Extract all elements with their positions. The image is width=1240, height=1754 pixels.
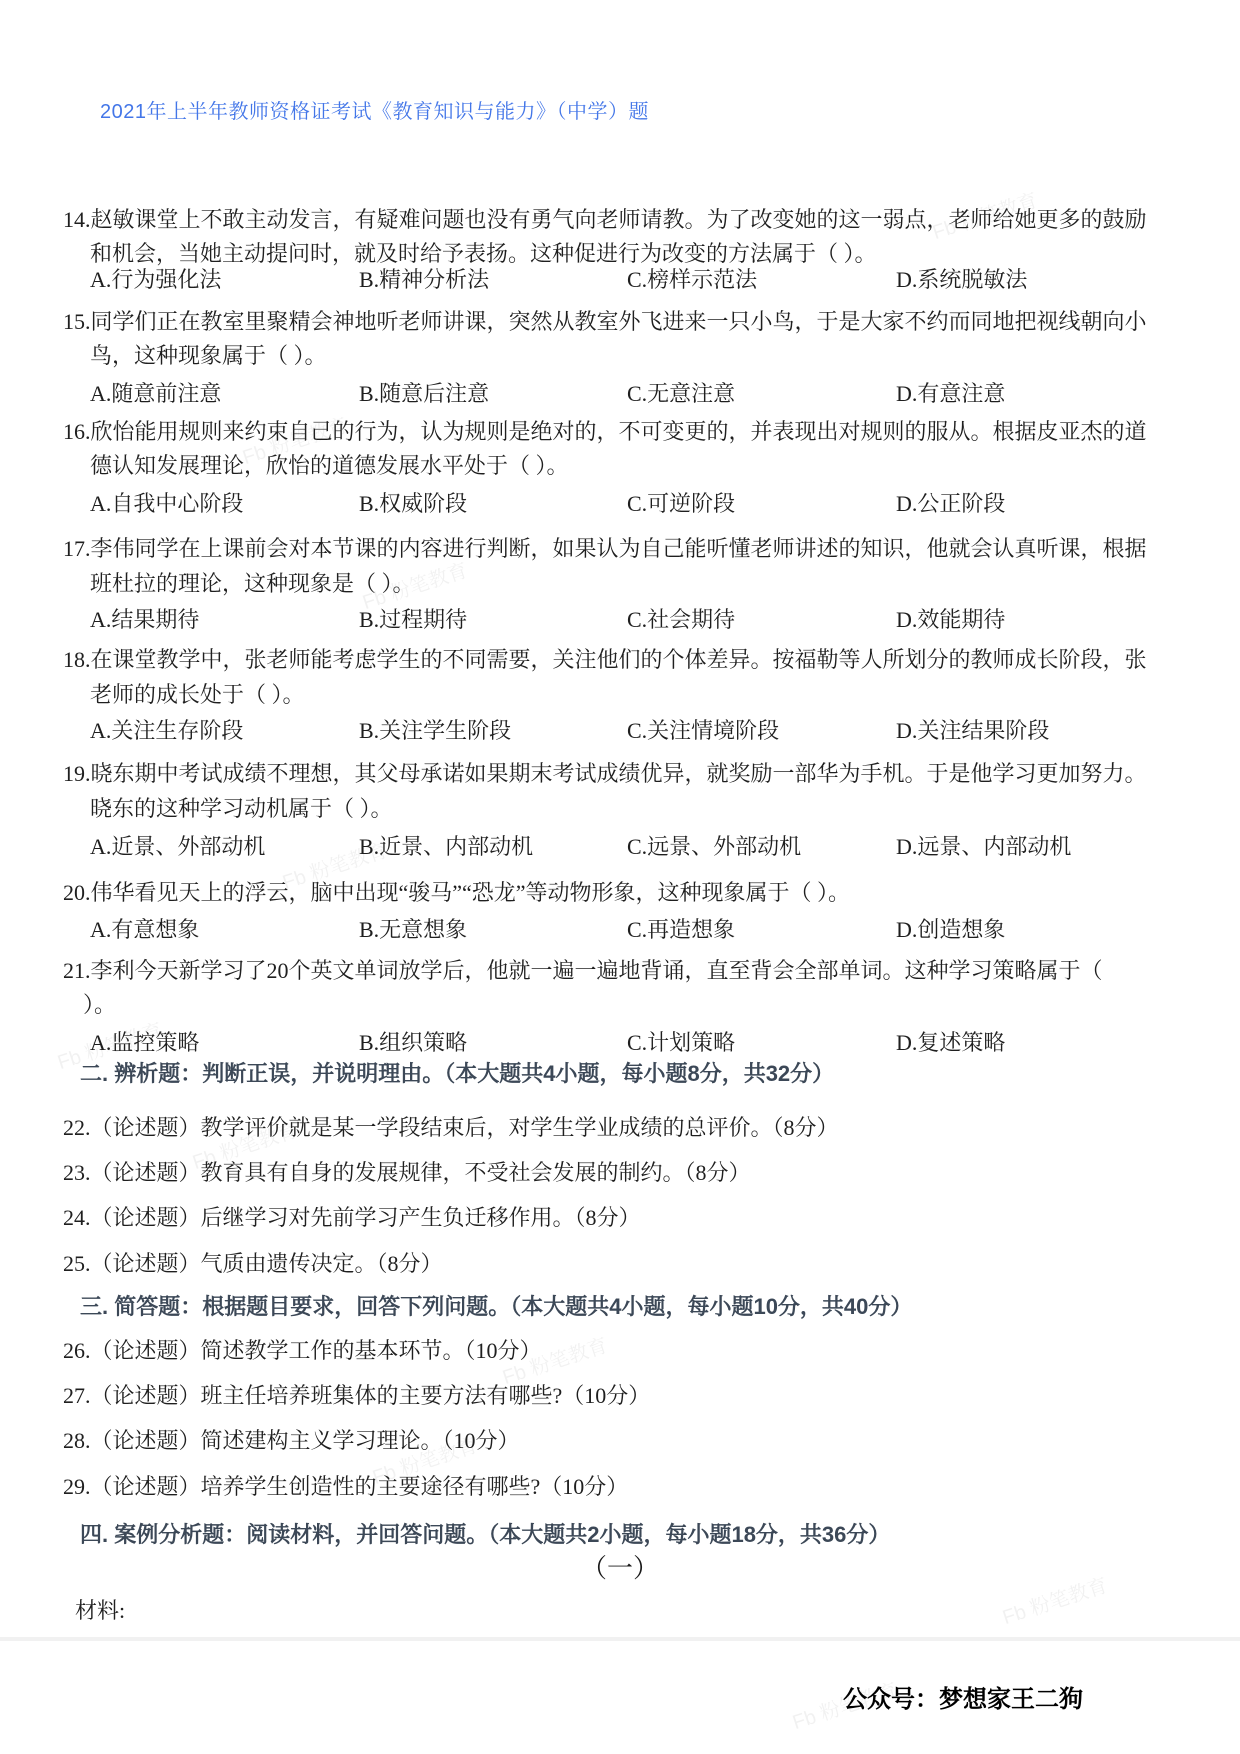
question-28: 28.（论述题）简述建构主义学习理论。（10分） — [63, 1427, 520, 1455]
question-14-line-2: 和机会，当她主动提问时，就及时给予表扬。这种促进行为改变的方法属于（ ）。 — [90, 240, 877, 268]
option-a: A.结果期待 — [90, 606, 199, 634]
question-21-line-1: 21.李利今天新学习了20个英文单词放学后，他就一遍一遍地背诵，直至背会全部单词… — [63, 957, 1103, 985]
section-2-header: 二. 辨析题：判断正误，并说明理由。（本大题共4小题，每小题8分，共32分） — [80, 1057, 834, 1088]
option-d: D.创造想象 — [896, 916, 1005, 944]
option-a: A.近景、外部动机 — [90, 833, 265, 861]
question-29: 29.（论述题）培养学生创造性的主要途径有哪些?（10分） — [63, 1473, 628, 1501]
option-c: C.无意注意 — [627, 380, 735, 408]
option-a: A.行为强化法 — [90, 266, 221, 294]
question-15-line-1: 15.同学们正在教室里聚精会神地听老师讲课，突然从教室外飞进来一只小鸟，于是大家… — [63, 308, 1147, 336]
option-c: C.再造想象 — [627, 916, 735, 944]
option-d: D.复述策略 — [896, 1029, 1005, 1057]
question-18-line-2: 老师的成长处于（ ）。 — [90, 681, 305, 709]
option-d: D.效能期待 — [896, 606, 1005, 634]
question-22: 22.（论述题）教学评价就是某一学段结束后，对学生学业成绩的总评价。（8分） — [63, 1114, 839, 1142]
section-4-header: 四. 案例分析题：阅读材料，并回答问题。（本大题共2小题，每小题18分，共36分… — [80, 1518, 890, 1549]
section-3-header: 三. 简答题：根据题目要求，回答下列问题。（本大题共4小题，每小题10分，共40… — [80, 1290, 912, 1321]
page-title: 2021年上半年教师资格证考试《教育知识与能力》（中学）题 — [100, 95, 649, 124]
question-16-options: A.自我中心阶段 B.权威阶段 C.可逆阶段 D.公正阶段 — [0, 490, 1240, 518]
question-17-options: A.结果期待 B.过程期待 C.社会期待 D.效能期待 — [0, 606, 1240, 634]
option-d: D.系统脱敏法 — [896, 266, 1027, 294]
option-c: C.榜样示范法 — [627, 266, 757, 294]
question-20-options: A.有意想象 B.无意想象 C.再造想象 D.创造想象 — [0, 916, 1240, 944]
question-24: 24.（论述题）后继学习对先前学习产生负迁移作用。（8分） — [63, 1204, 641, 1232]
question-19-line-1: 19.晓东期中考试成绩不理想，其父母承诺如果期末考试成绩优异，就奖励一部华为手机… — [63, 760, 1147, 788]
question-17-line-1: 17.李伟同学在上课前会对本节课的内容进行判断，如果认为自己能听懂老师讲述的知识… — [63, 535, 1147, 563]
option-a: A.自我中心阶段 — [90, 490, 243, 518]
footer-account-text: 公众号：梦想家王二狗 — [843, 1679, 1083, 1714]
option-d: D.关注结果阶段 — [896, 717, 1049, 745]
question-27: 27.（论述题）班主任培养班集体的主要方法有哪些?（10分） — [63, 1382, 650, 1410]
option-b: B.精神分析法 — [359, 266, 489, 294]
option-b: B.过程期待 — [359, 606, 467, 634]
option-b: B.关注学生阶段 — [359, 717, 511, 745]
option-a: A.监控策略 — [90, 1029, 199, 1057]
option-a: A.关注生存阶段 — [90, 717, 243, 745]
exam-paper-page: Fb 粉笔教育 Fb 粉笔教育 Fb 粉笔教育 Fb 粉笔教育 Fb 粉笔教育 … — [0, 0, 1240, 1754]
page-divider — [0, 1637, 1240, 1641]
option-b: B.权威阶段 — [359, 490, 467, 518]
case-part-label: （一） — [0, 1548, 1240, 1585]
option-a: A.随意前注意 — [90, 380, 221, 408]
option-c: C.计划策略 — [627, 1029, 735, 1057]
question-18-line-1: 18.在课堂教学中，张老师能考虑学生的不同需要，关注他们的个体差异。按福勒等人所… — [63, 646, 1147, 674]
question-19-options: A.近景、外部动机 B.近景、内部动机 C.远景、外部动机 D.远景、内部动机 — [0, 833, 1240, 861]
option-b: B.无意想象 — [359, 916, 467, 944]
option-d: D.有意注意 — [896, 380, 1005, 408]
question-16-line-2: 德认知发展理论，欣怡的道德发展水平处于（ ）。 — [90, 452, 569, 480]
option-c: C.远景、外部动机 — [627, 833, 801, 861]
question-14-options: A.行为强化法 B.精神分析法 C.榜样示范法 D.系统脱敏法 — [0, 266, 1240, 294]
question-25: 25.（论述题）气质由遗传决定。（8分） — [63, 1250, 443, 1278]
option-b: B.组织策略 — [359, 1029, 467, 1057]
option-d: D.公正阶段 — [896, 490, 1005, 518]
question-23: 23.（论述题）教育具有自身的发展规律，不受社会发展的制约。（8分） — [63, 1159, 751, 1187]
option-b: B.近景、内部动机 — [359, 833, 533, 861]
option-d: D.远景、内部动机 — [896, 833, 1071, 861]
option-c: C.可逆阶段 — [627, 490, 735, 518]
question-26: 26.（论述题）简述教学工作的基本环节。（10分） — [63, 1337, 542, 1365]
material-label: 材料: — [75, 1594, 125, 1625]
question-15-options: A.随意前注意 B.随意后注意 C.无意注意 D.有意注意 — [0, 380, 1240, 408]
question-21-line-2: ）。 — [83, 991, 116, 1019]
question-14-line-1: 14.赵敏课堂上不敢主动发言，有疑难问题也没有勇气向老师请教。为了改变她的这一弱… — [63, 206, 1147, 234]
question-20-line-1: 20.伟华看见天上的浮云，脑中出现“骏马”“恐龙”等动物形象，这种现象属于（ ）… — [63, 879, 850, 907]
question-16-line-1: 16.欣怡能用规则来约束自己的行为，认为规则是绝对的，不可变更的，并表现出对规则… — [63, 418, 1147, 446]
question-21-options: A.监控策略 B.组织策略 C.计划策略 D.复述策略 — [0, 1029, 1240, 1057]
option-c: C.关注情境阶段 — [627, 717, 779, 745]
option-a: A.有意想象 — [90, 916, 199, 944]
option-b: B.随意后注意 — [359, 380, 489, 408]
option-c: C.社会期待 — [627, 606, 735, 634]
question-18-options: A.关注生存阶段 B.关注学生阶段 C.关注情境阶段 D.关注结果阶段 — [0, 717, 1240, 745]
question-19-line-2: 晓东的这种学习动机属于（ ）。 — [90, 795, 393, 823]
question-15-line-2: 鸟，这种现象属于（ ）。 — [90, 342, 327, 370]
question-17-line-2: 班杜拉的理论，这种现象是（ ）。 — [90, 570, 415, 598]
